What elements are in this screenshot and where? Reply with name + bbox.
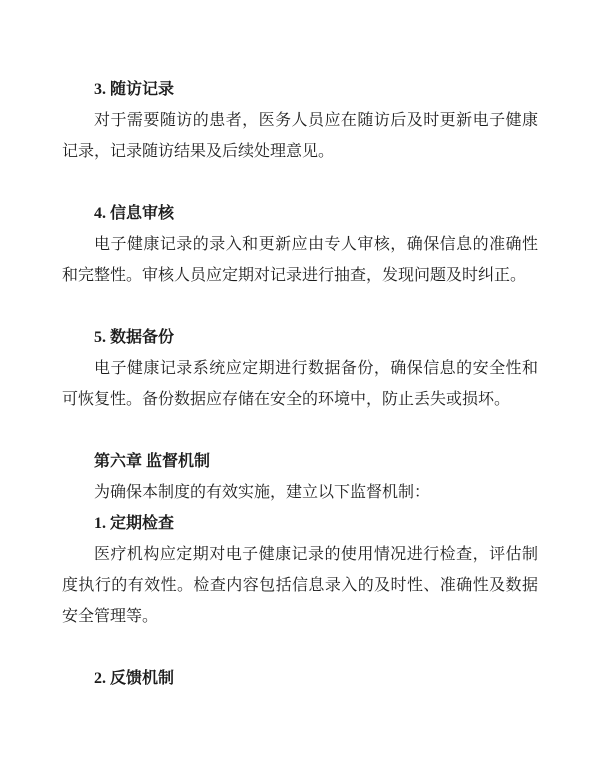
heading-3-followup-records: 3. 随访记录 — [62, 74, 538, 105]
heading-2-feedback-mechanism: 2. 反馈机制 — [62, 663, 538, 694]
para-data-backup: 电子健康记录系统应定期进行数据备份，确保信息的安全性和可恢复性。备份数据应存储在… — [62, 353, 538, 415]
para-information-review: 电子健康记录的录入和更新应由专人审核，确保信息的准确性和完整性。审核人员应定期对… — [62, 229, 538, 291]
heading-5-data-backup: 5. 数据备份 — [62, 322, 538, 353]
para-followup-records: 对于需要随访的患者，医务人员应在随访后及时更新电子健康记录，记录随访结果及后续处… — [62, 105, 538, 167]
para-supervision-intro: 为确保本制度的有效实施，建立以下监督机制： — [62, 477, 538, 508]
document-page: 3. 随访记录 对于需要随访的患者，医务人员应在随访后及时更新电子健康记录，记录… — [0, 0, 600, 776]
heading-1-regular-inspection: 1. 定期检查 — [62, 508, 538, 539]
heading-4-information-review: 4. 信息审核 — [62, 198, 538, 229]
para-regular-inspection: 医疗机构应定期对电子健康记录的使用情况进行检查，评估制度执行的有效性。检查内容包… — [62, 539, 538, 632]
heading-chapter-6-supervision: 第六章 监督机制 — [62, 446, 538, 477]
